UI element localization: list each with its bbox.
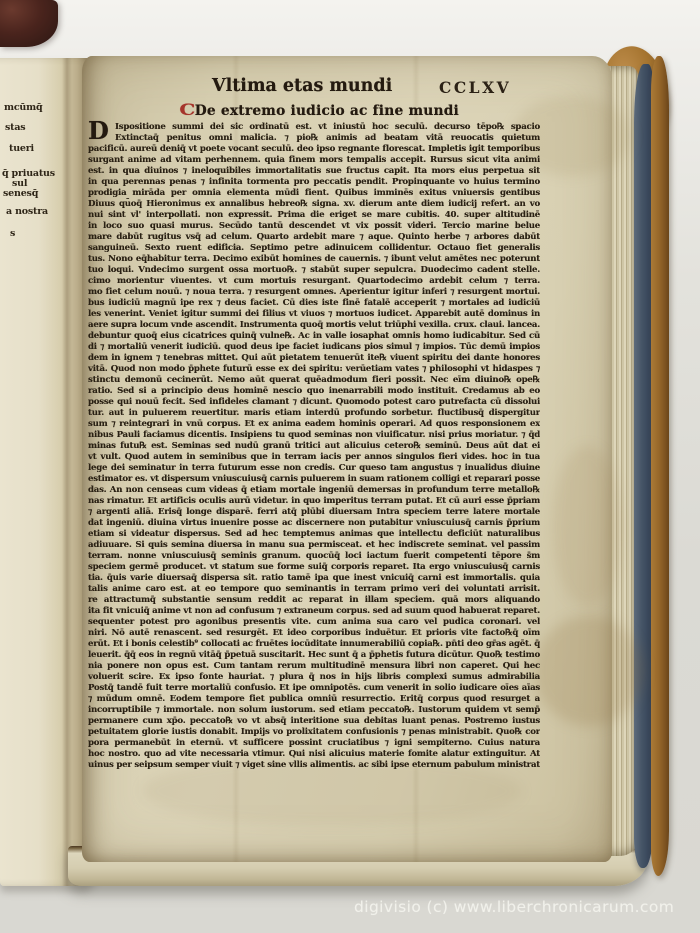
page-stain: [534, 616, 644, 726]
tline-text: mo fiet celum nouū. ⁊ noua terra. ⁊ resu…: [88, 287, 540, 298]
tline-text: speciem germē producet. vt statum sue fo…: [88, 562, 540, 573]
tline-text: ⁊ mūdum omnē. Eodem tempore fiet publica…: [88, 694, 540, 705]
tline-text: lege dei seminatur in terra futurum esse…: [88, 463, 540, 474]
tline-text: nibus Pauli faciamus dicentis. Insipiens…: [88, 430, 540, 441]
tline-text: ratio. Sed si a principio deus hominē ne…: [88, 386, 540, 397]
tline-text: vitā. Quod non modo p̄phete futurū esse …: [88, 364, 540, 375]
tline-text: stinctu demonū cecinerūt. Nemo aūt quera…: [88, 375, 540, 386]
tline-text: cimo morientur viuentes. vt cum mortuis …: [88, 276, 540, 287]
tline-text: dat ingeniū. diuina virtus inuenire poss…: [88, 518, 540, 529]
recto-page: Vltima etas mundi CCLXV CDe extremo iudi…: [82, 56, 612, 862]
tline-text: in loco suo quasi murus. Secūdo tantū de…: [88, 221, 540, 232]
binding-leather-brown: [651, 56, 669, 876]
tline-text: estimator es. vt dispersum vniuscuiusq̄ …: [88, 474, 540, 485]
fragment-text: a nostra: [6, 206, 48, 217]
tline-text: surgant anime ad vitam perhennem. quia f…: [88, 155, 540, 166]
chapter-title-row: CDe extremo iudicio ac fine mundi: [181, 100, 459, 119]
tline-text: sequenter potest pro agonibus presentis …: [88, 617, 540, 628]
book-photograph: mcūmq̄stastueriq̄ priuatussulsenesq̄a no…: [0, 0, 700, 933]
tline-text: sum ⁊ reintegrari in vnū corpus. Et ex a…: [88, 419, 540, 430]
body-text-column: Ispositione summi dei sic ordinatū est. …: [88, 122, 540, 771]
tline-text: etiam si videatur dispersus. Sed ad hec …: [88, 529, 540, 540]
tline-text: petuitatem glorie iustis donabit. Impijs…: [88, 727, 540, 738]
watermark-text: digivisio (c) www.liberchronicarum.com: [354, 898, 674, 916]
tline-text: pora permanebūt in eternū. vt sufficere …: [88, 738, 540, 749]
tline-text: das. An non censeas cum videas q̄ etiam …: [88, 485, 540, 496]
tline-text: di ⁊ mortaliū venerit iudiciū. quod deus…: [88, 342, 540, 353]
fragment-text: s: [10, 228, 15, 239]
tline-text: adiuuare. Si quis semina diuersa in manu…: [88, 540, 540, 551]
tline-text: mare dabūt rugitus vsq̄ ad celum. Quarto…: [88, 232, 540, 243]
tline-text: posse qui nouū fecit. Sed infideles clam…: [88, 397, 540, 408]
fragment-text: tueri: [9, 143, 34, 154]
tline-text: Ispositione summi dei sic ordinatū est. …: [88, 122, 540, 133]
page-stain: [552, 446, 622, 606]
chapter-title: De extremo iudicio ac fine mundi: [195, 103, 459, 119]
tline-text: ⁊ argenti aliā. Erisq̄ longe disparē. fe…: [88, 507, 540, 518]
tline-text: terram. nonne vniuscuiusq̄ seminis granu…: [88, 551, 540, 562]
folio-number: CCLXV: [439, 78, 511, 97]
facing-page-text-fragments: mcūmq̄stastueriq̄ priuatussulsenesq̄a no…: [0, 58, 60, 886]
fragment-text: senesq̄: [3, 188, 38, 199]
tline-text: vt vult. Quod autem in seminibus que in …: [88, 452, 540, 463]
tline-text: talis anime caro est. at eo tempore quo …: [88, 584, 540, 595]
tline-text: niri. Nō autē renascent̄. sed resurgēt. …: [88, 628, 540, 639]
tline-text: incorruptibile ⁊ immortale. non solum iu…: [88, 705, 540, 716]
tline-text: ita fit vnicuiq̄ anime vt non ad confusu…: [88, 606, 540, 617]
tline-text: Postq̄ tandē fuit terre mortaliū confusi…: [88, 683, 540, 694]
tline-text: nui sint vl' interpollati. non expressit…: [88, 210, 540, 221]
tline-text: tus. Nono eq̄habitur terra. Decimo exibū…: [88, 254, 540, 265]
running-header: Vltima etas mundi: [212, 76, 392, 96]
tline-text: tuo loqui. Vndecimo surgent ossa mortuo℞…: [88, 265, 540, 276]
tline-text: tia. q̄uis varie diuersaq̄ dispersa sit.…: [88, 573, 540, 584]
tline-text: debuntur quoq̄ eius cicatrices quinq̄ vu…: [88, 331, 540, 342]
tline-text: hoc nostro. quo ad vite necessaria vtimu…: [88, 749, 540, 760]
tline-text: sanguineū. Sexto ruent edificia. Septimo…: [88, 243, 540, 254]
tline-text: tur. aut in puluerem reuertitur. maris e…: [88, 408, 540, 419]
tline-text: dem in ignem ⁊ tenebras mittet. Qui aūt …: [88, 353, 540, 364]
tline-text: nia ponere non opus est. Cum tantam reru…: [88, 661, 540, 672]
tline-text: minas futu℞ est. Seminas sed nudū granū …: [88, 441, 540, 452]
tline-text: pacificū. aureū deniq̄ vt poete vocant s…: [88, 144, 540, 155]
tline-text: voluerit scire. Ex ipso fonte hauriat. ⁊…: [88, 672, 540, 683]
tline-text: uinus per seipsum semper viuit ⁊ viget s…: [88, 760, 540, 771]
tline-text: nas rimatur. Et artificis oculis aurū vi…: [88, 496, 540, 507]
fragment-text: q̄ priuatus: [2, 168, 55, 179]
rubric-paragraph-mark: C: [179, 100, 195, 119]
fragment-text: mcūmq̄: [4, 102, 42, 113]
tline-text: Extinctaq̄ penitus omni malicia. ⁊ pio℞ …: [88, 133, 540, 144]
tline-text: bus iudiciū magnū ipe rex ⁊ deus faciet.…: [88, 298, 540, 309]
tline-text: leuerit. q̄q̄ eos in regnū vitāq̄ p̄petu…: [88, 650, 540, 661]
tline-text: aere supra locum vnde ascendit. Instrume…: [88, 320, 540, 331]
tline-text: in qua perennas penas ⁊ infinita torment…: [88, 177, 540, 188]
dark-cloth-corner: [0, 0, 58, 47]
tline-text: permanere cum xp̄o. peccato℞ vo vt absq̄…: [88, 716, 540, 727]
tline-text: re attractumq̄ substantie sensum reddit …: [88, 595, 540, 606]
tline-text: prodigia mirāda per omnia elementa mūdi …: [88, 188, 540, 199]
fragment-text: stas: [5, 122, 25, 133]
tline-text: les venerint. Veniet igitur summi dei fi…: [88, 309, 540, 320]
tline-text: erūt. Et i bonis celestib⁹ collocati ac …: [88, 639, 540, 650]
tline-text: est. in qua diuinos ⁊ ineloquibiles immo…: [88, 166, 540, 177]
tline-text: Diuus quoq̄ Hieronimus ex annalibus hebr…: [88, 199, 540, 210]
